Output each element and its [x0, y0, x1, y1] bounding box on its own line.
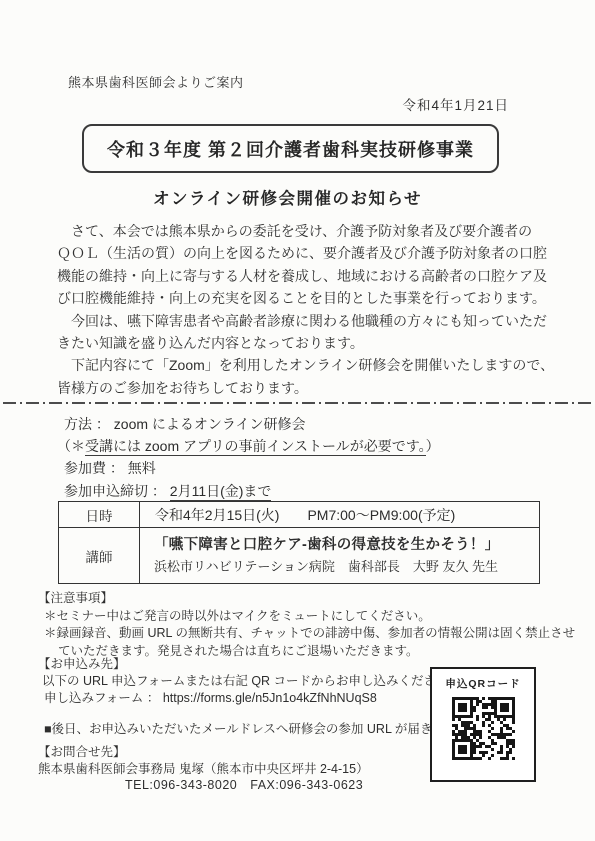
table-row-datetime: 日時 令和4年2月15日(火) PM7:00～PM9:00(予定)	[59, 502, 540, 528]
intro-line: 下記内容にて「Zoom」を利用したオンライン研修会を開催いたしますので、	[57, 354, 549, 376]
method-section: 方法 ： zoom によるオンライン研修会 （＊受講には zoom アプリの事前…	[64, 414, 440, 502]
lecture-title: 「嚥下障害と口腔ケア-歯科の得意技を生かそう！」	[154, 535, 539, 555]
method-note: （＊受講には zoom アプリの事前インストールが必要です。）	[57, 436, 440, 458]
contact-heading: 【お問合せ先】	[38, 744, 369, 761]
notes-heading: 【注意事項】	[38, 590, 575, 608]
form-url-link[interactable]: https://forms.gle/n5Jn1o4kZfNhNUqS8	[163, 691, 377, 705]
qr-label: 申込QRコード	[432, 676, 534, 691]
page-title: オンライン研修会開催のお知らせ	[0, 185, 575, 209]
intro-paragraph: さて、本会では熊本県からの委託を受け、介護予防対象者及び要介護者の ＱＯＬ（生活…	[57, 220, 549, 399]
lecturer-value-cell: 「嚥下障害と口腔ケア-歯科の得意技を生かそう！」 浜松市リハビリテーション病院 …	[140, 528, 540, 584]
notes-line: ＊録画録音、動画 URL の無断共有、チャットでの誹謗中傷、参加者の情報公開は固…	[44, 625, 575, 643]
program-title-box: 令和３年度 第２回介護者歯科実技研修事業	[82, 124, 499, 173]
lecturer-header-cell: 講師	[59, 528, 140, 584]
intro-line: び口腔機能維持・向上の充実を図ることを目的とした事業を行っております。	[57, 287, 549, 309]
scanned-notice-page: 熊本県歯科医師会よりご案内 令和4年1月21日 令和３年度 第２回介護者歯科実技…	[0, 0, 595, 841]
deadline-label: 参加申込締切 ：	[64, 483, 170, 499]
contact-address: 熊本県歯科医師会事務局 鬼塚（熊本市中央区坪井 2-4-15）	[38, 761, 369, 778]
table-row-lecturer: 講師 「嚥下障害と口腔ケア-歯科の得意技を生かそう！」 浜松市リハビリテーション…	[59, 528, 540, 584]
notes-line: ＊セミナー中はご発言の時以外はマイクをミュートにしてください。	[44, 608, 575, 626]
intro-line: きたい知識を盛り込んだ内容となっております。	[57, 332, 549, 354]
note-underlined: 受講には zoom アプリの事前インストールが必要です。	[85, 438, 426, 456]
intro-line: 皆様方のご参加をお待ちしております。	[57, 377, 549, 399]
deadline-value: 2月11日(金)まで	[170, 483, 272, 501]
datetime-value: 令和4年2月15日(火) PM7:00～PM9:00(予定)	[140, 505, 539, 525]
application-section: 【お申込み先】 以下の URL 申込フォームまたは右記 QR コードからお申し込…	[38, 656, 461, 707]
document-date: 令和4年1月21日	[402, 94, 509, 114]
application-heading: 【お申込み先】	[38, 656, 461, 673]
intro-line: ＱＯＬ（生活の質）の向上を図るために、要介護者及び介護予防対象者の口腔	[57, 242, 549, 264]
program-title: 令和３年度 第２回介護者歯科実技研修事業	[107, 136, 474, 162]
fee-line: 参加費 ： 無料	[64, 458, 440, 480]
lecture-speaker: 浜松市リハビリテーション病院 歯科部長 大野 友久 先生	[154, 557, 539, 577]
contact-section: 【お問合せ先】 熊本県歯科医師会事務局 鬼塚（熊本市中央区坪井 2-4-15） …	[38, 744, 369, 794]
sender-line: 熊本県歯科医師会よりご案内	[68, 72, 244, 91]
deadline-line: 参加申込締切 ： 2月11日(金)まで	[64, 481, 440, 503]
note-suffix: ）	[426, 438, 440, 454]
method-line: 方法 ： zoom によるオンライン研修会	[64, 414, 440, 436]
application-form-line: 申し込みフォーム ： https://forms.gle/n5Jn1o4kZfN…	[44, 690, 461, 707]
dash-dot-divider	[3, 402, 592, 404]
notes-section: 【注意事項】 ＊セミナー中はご発言の時以外はマイクをミュートにしてください。 ＊…	[38, 590, 575, 660]
followup-note: ■後日、お申込みいただいたメールドレスへ研修会の参加 URL が届きます。	[44, 719, 469, 737]
qr-code-icon	[452, 697, 515, 760]
datetime-value-cell: 令和4年2月15日(火) PM7:00～PM9:00(予定)	[140, 502, 540, 528]
contact-tel-fax: TEL:096-343-8020 FAX:096-343-0623	[125, 777, 369, 794]
intro-line: 今回は、嚥下障害患者や高齢者診療に関わる他職種の方々にも知っていただ	[57, 310, 549, 332]
lecture-info: 「嚥下障害と口腔ケア-歯科の得意技を生かそう！」 浜松市リハビリテーション病院 …	[140, 535, 539, 577]
schedule-table: 日時 令和4年2月15日(火) PM7:00～PM9:00(予定) 講師 「嚥下…	[58, 501, 540, 584]
form-label: 申し込みフォーム ：	[44, 691, 163, 705]
qr-box: 申込QRコード	[430, 667, 536, 782]
intro-line: 機能の維持・向上に寄与する人材を養成し、地域における高齢者の口腔ケア及	[57, 265, 549, 287]
intro-line: さて、本会では熊本県からの委託を受け、介護予防対象者及び要介護者の	[57, 220, 549, 242]
note-prefix: （＊	[57, 438, 85, 454]
application-line: 以下の URL 申込フォームまたは右記 QR コードからお申し込みください。	[42, 673, 461, 690]
datetime-header-cell: 日時	[59, 502, 140, 528]
